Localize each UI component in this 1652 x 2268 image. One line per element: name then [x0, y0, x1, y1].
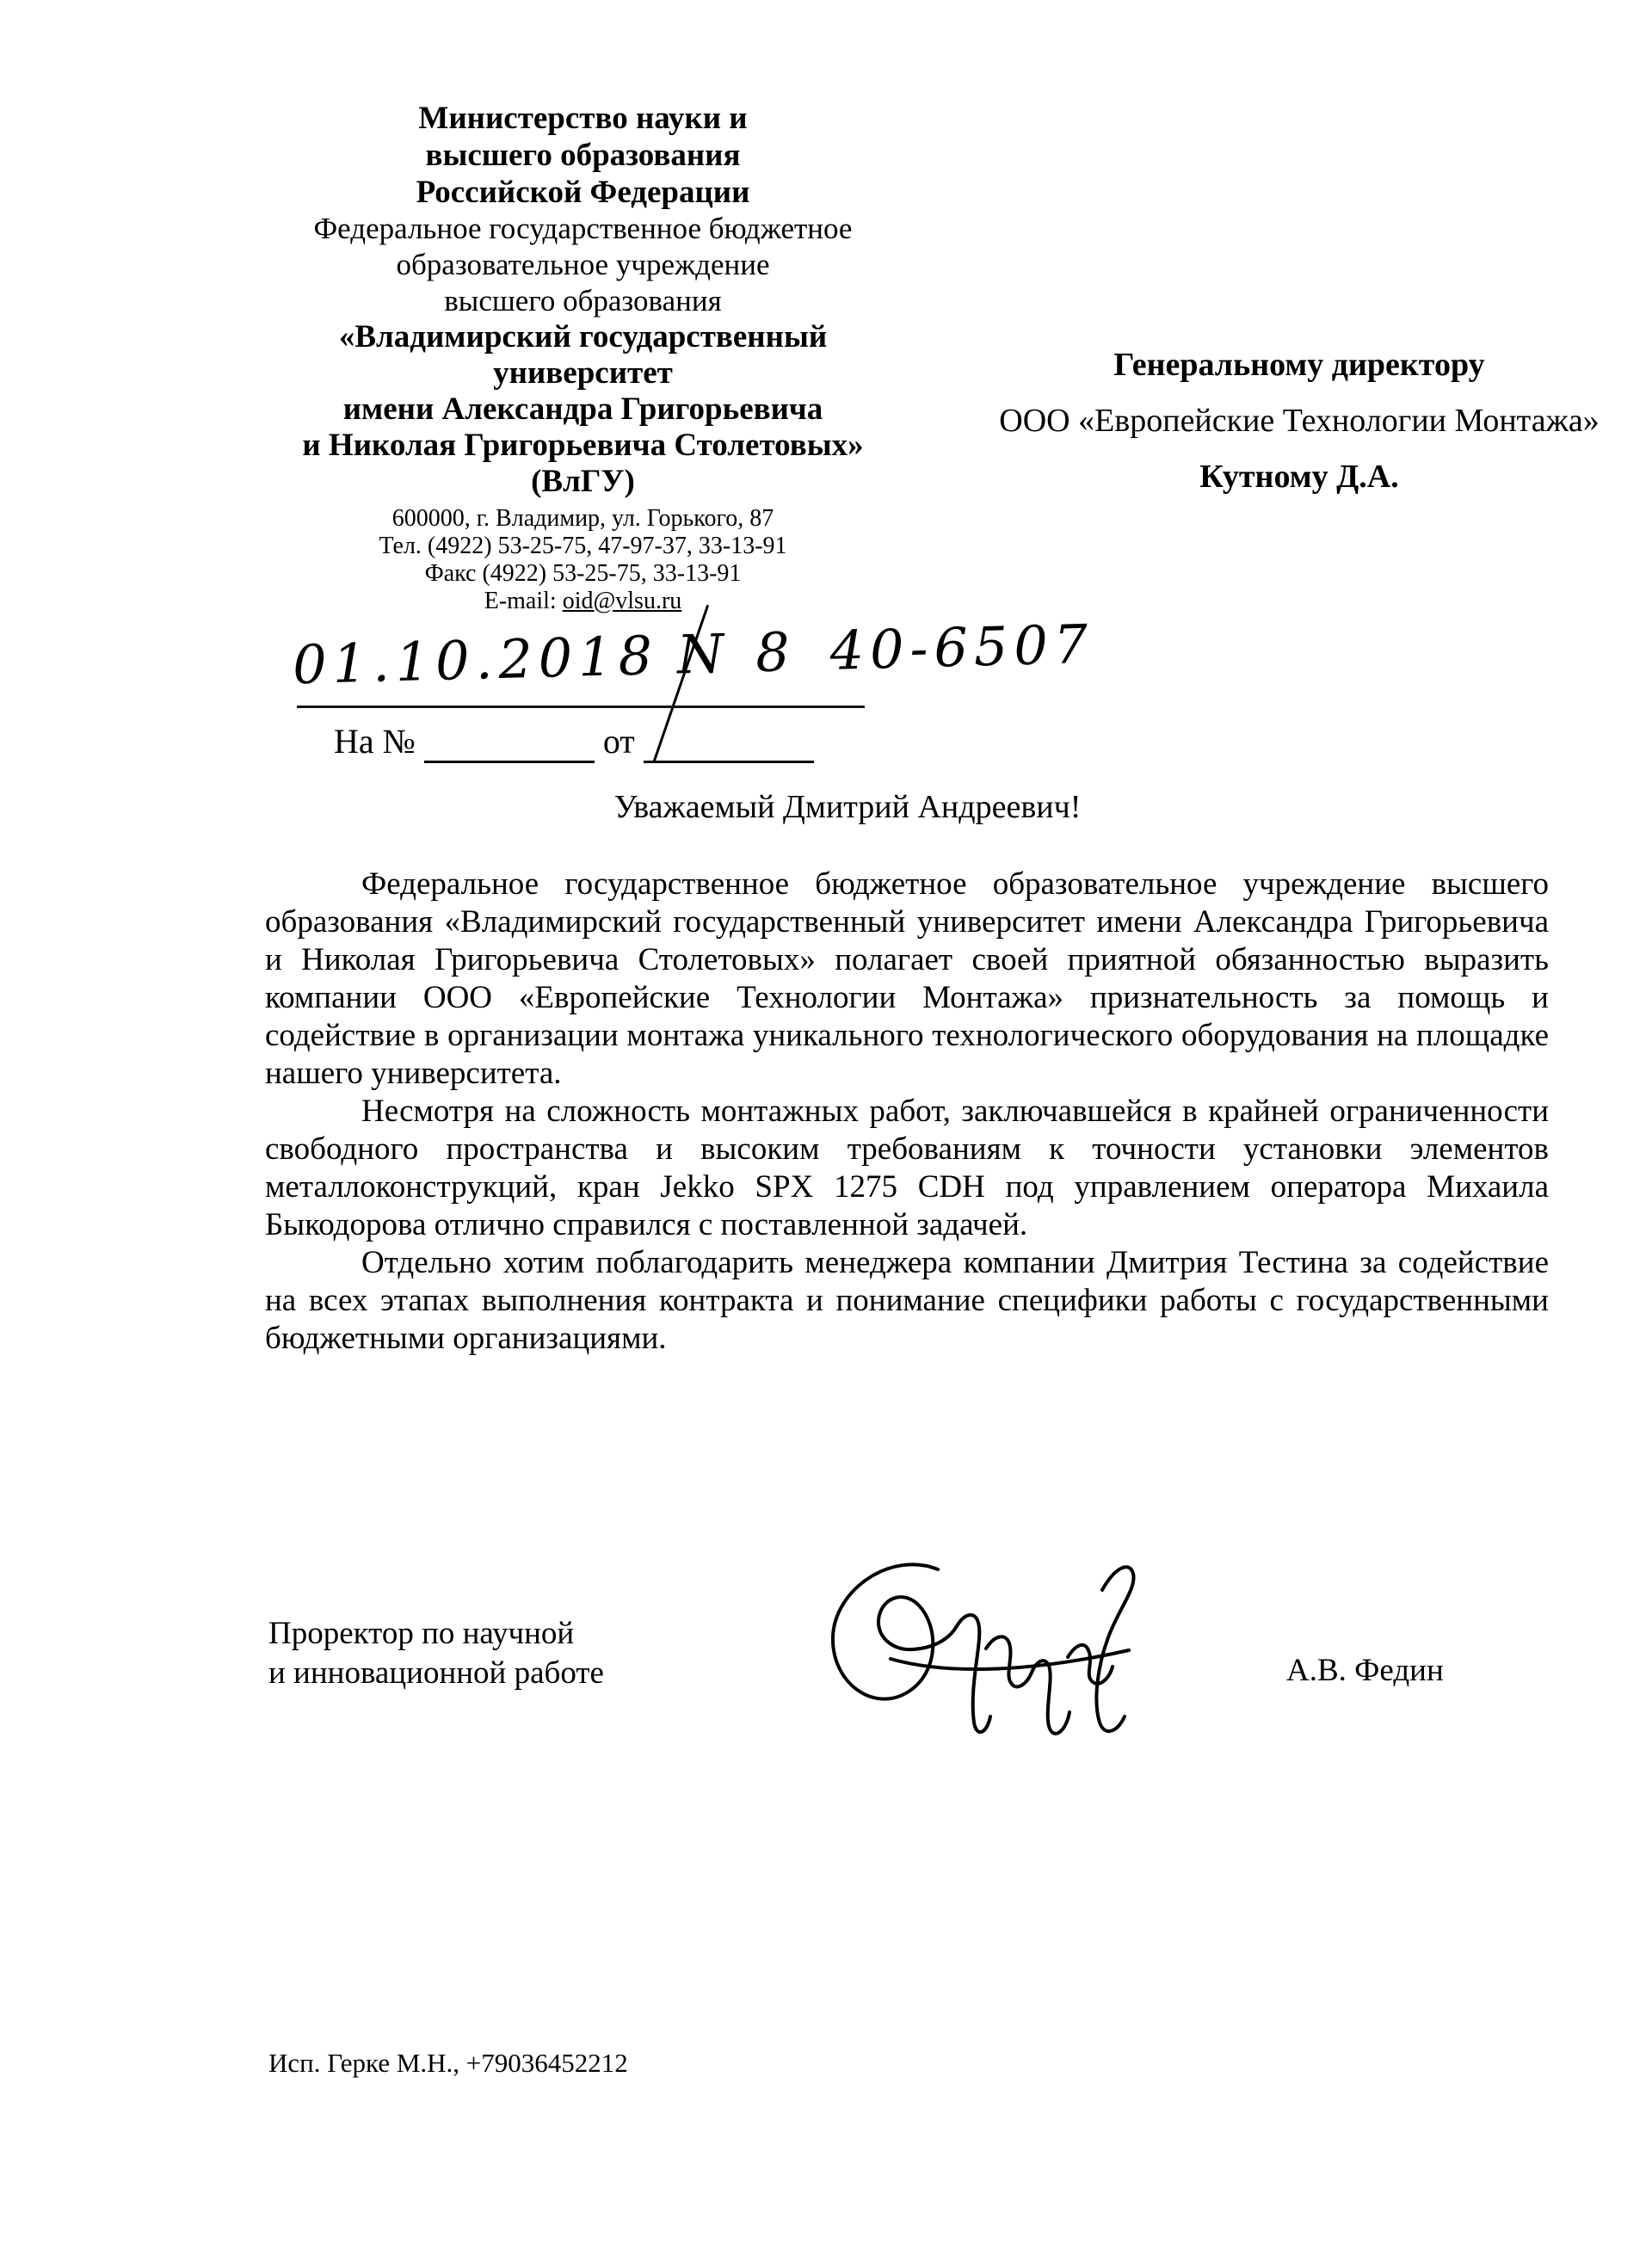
- ministry-line: Министерство науки и: [254, 100, 912, 137]
- contact-block: 600000, г. Владимир, ул. Горького, 87 Те…: [254, 505, 912, 615]
- handwritten-reference: 01.10.2018N840-6507: [292, 616, 965, 696]
- fax-line: Факс (4922) 53-25-75, 33-13-91: [254, 560, 912, 588]
- letterhead: Министерство науки и высшего образования…: [254, 100, 912, 615]
- email-label: E-mail:: [484, 588, 563, 614]
- body-paragraph: Отдельно хотим поблагодарить менеджера к…: [265, 1244, 1549, 1358]
- signature-image: [809, 1554, 1153, 1743]
- handwritten-number-part1: 8: [755, 620, 796, 684]
- addressee-company: ООО «Европейские Технологии Монтажа»: [959, 402, 1639, 440]
- university-abbreviation: (ВлГУ): [254, 464, 912, 500]
- signer-position-line: Проректор по научной: [268, 1614, 604, 1654]
- letter-page: Министерство науки и высшего образования…: [0, 0, 1652, 2268]
- university-line: и Николая Григорьевича Столетовых»: [254, 428, 912, 464]
- reply-no-label: На №: [334, 722, 416, 761]
- signer-position: Проректор по научной и инновационной раб…: [268, 1614, 604, 1693]
- ministry-line: Российской Федерации: [254, 174, 912, 211]
- phone-line: Тел. (4922) 53-25-75, 47-97-37, 33-13-91: [254, 533, 912, 560]
- institution-line: образовательное учреждение: [254, 247, 912, 283]
- university-line: университет: [254, 355, 912, 391]
- handwritten-date: 01.10.2018: [292, 624, 659, 696]
- reply-from-label: от: [603, 722, 635, 761]
- institution-line: Федеральное государственное бюджетное: [254, 211, 912, 247]
- handwritten-number-part2: 40-6507: [829, 613, 1094, 682]
- ministry-block: Министерство науки и высшего образования…: [254, 100, 912, 211]
- salutation: Уважаемый Дмитрий Андреевич!: [206, 788, 1489, 826]
- reply-number-blank: [424, 730, 595, 763]
- email-line: E-mail: oid@vlsu.ru: [254, 588, 912, 615]
- email-address: oid@vlsu.ru: [563, 588, 682, 614]
- letter-body: Федеральное государственное бюджетное об…: [265, 866, 1549, 1358]
- institution-line: высшего образования: [254, 283, 912, 319]
- university-name-block: «Владимирский государственный университе…: [254, 319, 912, 500]
- university-line: имени Александра Григорьевича: [254, 391, 912, 428]
- reply-reference-line: На №от: [334, 721, 823, 763]
- addressee-position: Генеральному директору: [959, 346, 1639, 384]
- institution-type-block: Федеральное государственное бюджетное об…: [254, 211, 912, 319]
- addressee-name: Кутному Д.А.: [959, 458, 1639, 496]
- signer-position-line: и инновационной работе: [268, 1654, 604, 1693]
- postal-address: 600000, г. Владимир, ул. Горького, 87: [254, 505, 912, 533]
- body-paragraph: Федеральное государственное бюджетное об…: [265, 866, 1549, 1093]
- addressee-block: Генеральному директору ООО «Европейские …: [959, 346, 1639, 514]
- ministry-line: высшего образования: [254, 137, 912, 174]
- executor-line: Исп. Герке М.Н., +79036452212: [268, 2048, 628, 2079]
- body-paragraph: Несмотря на сложность монтажных работ, з…: [265, 1093, 1549, 1244]
- university-line: «Владимирский государственный: [254, 319, 912, 355]
- reply-date-blank: [644, 730, 814, 763]
- signer-name: А.В. Федин: [1286, 1652, 1444, 1689]
- reference-underline: [297, 706, 865, 708]
